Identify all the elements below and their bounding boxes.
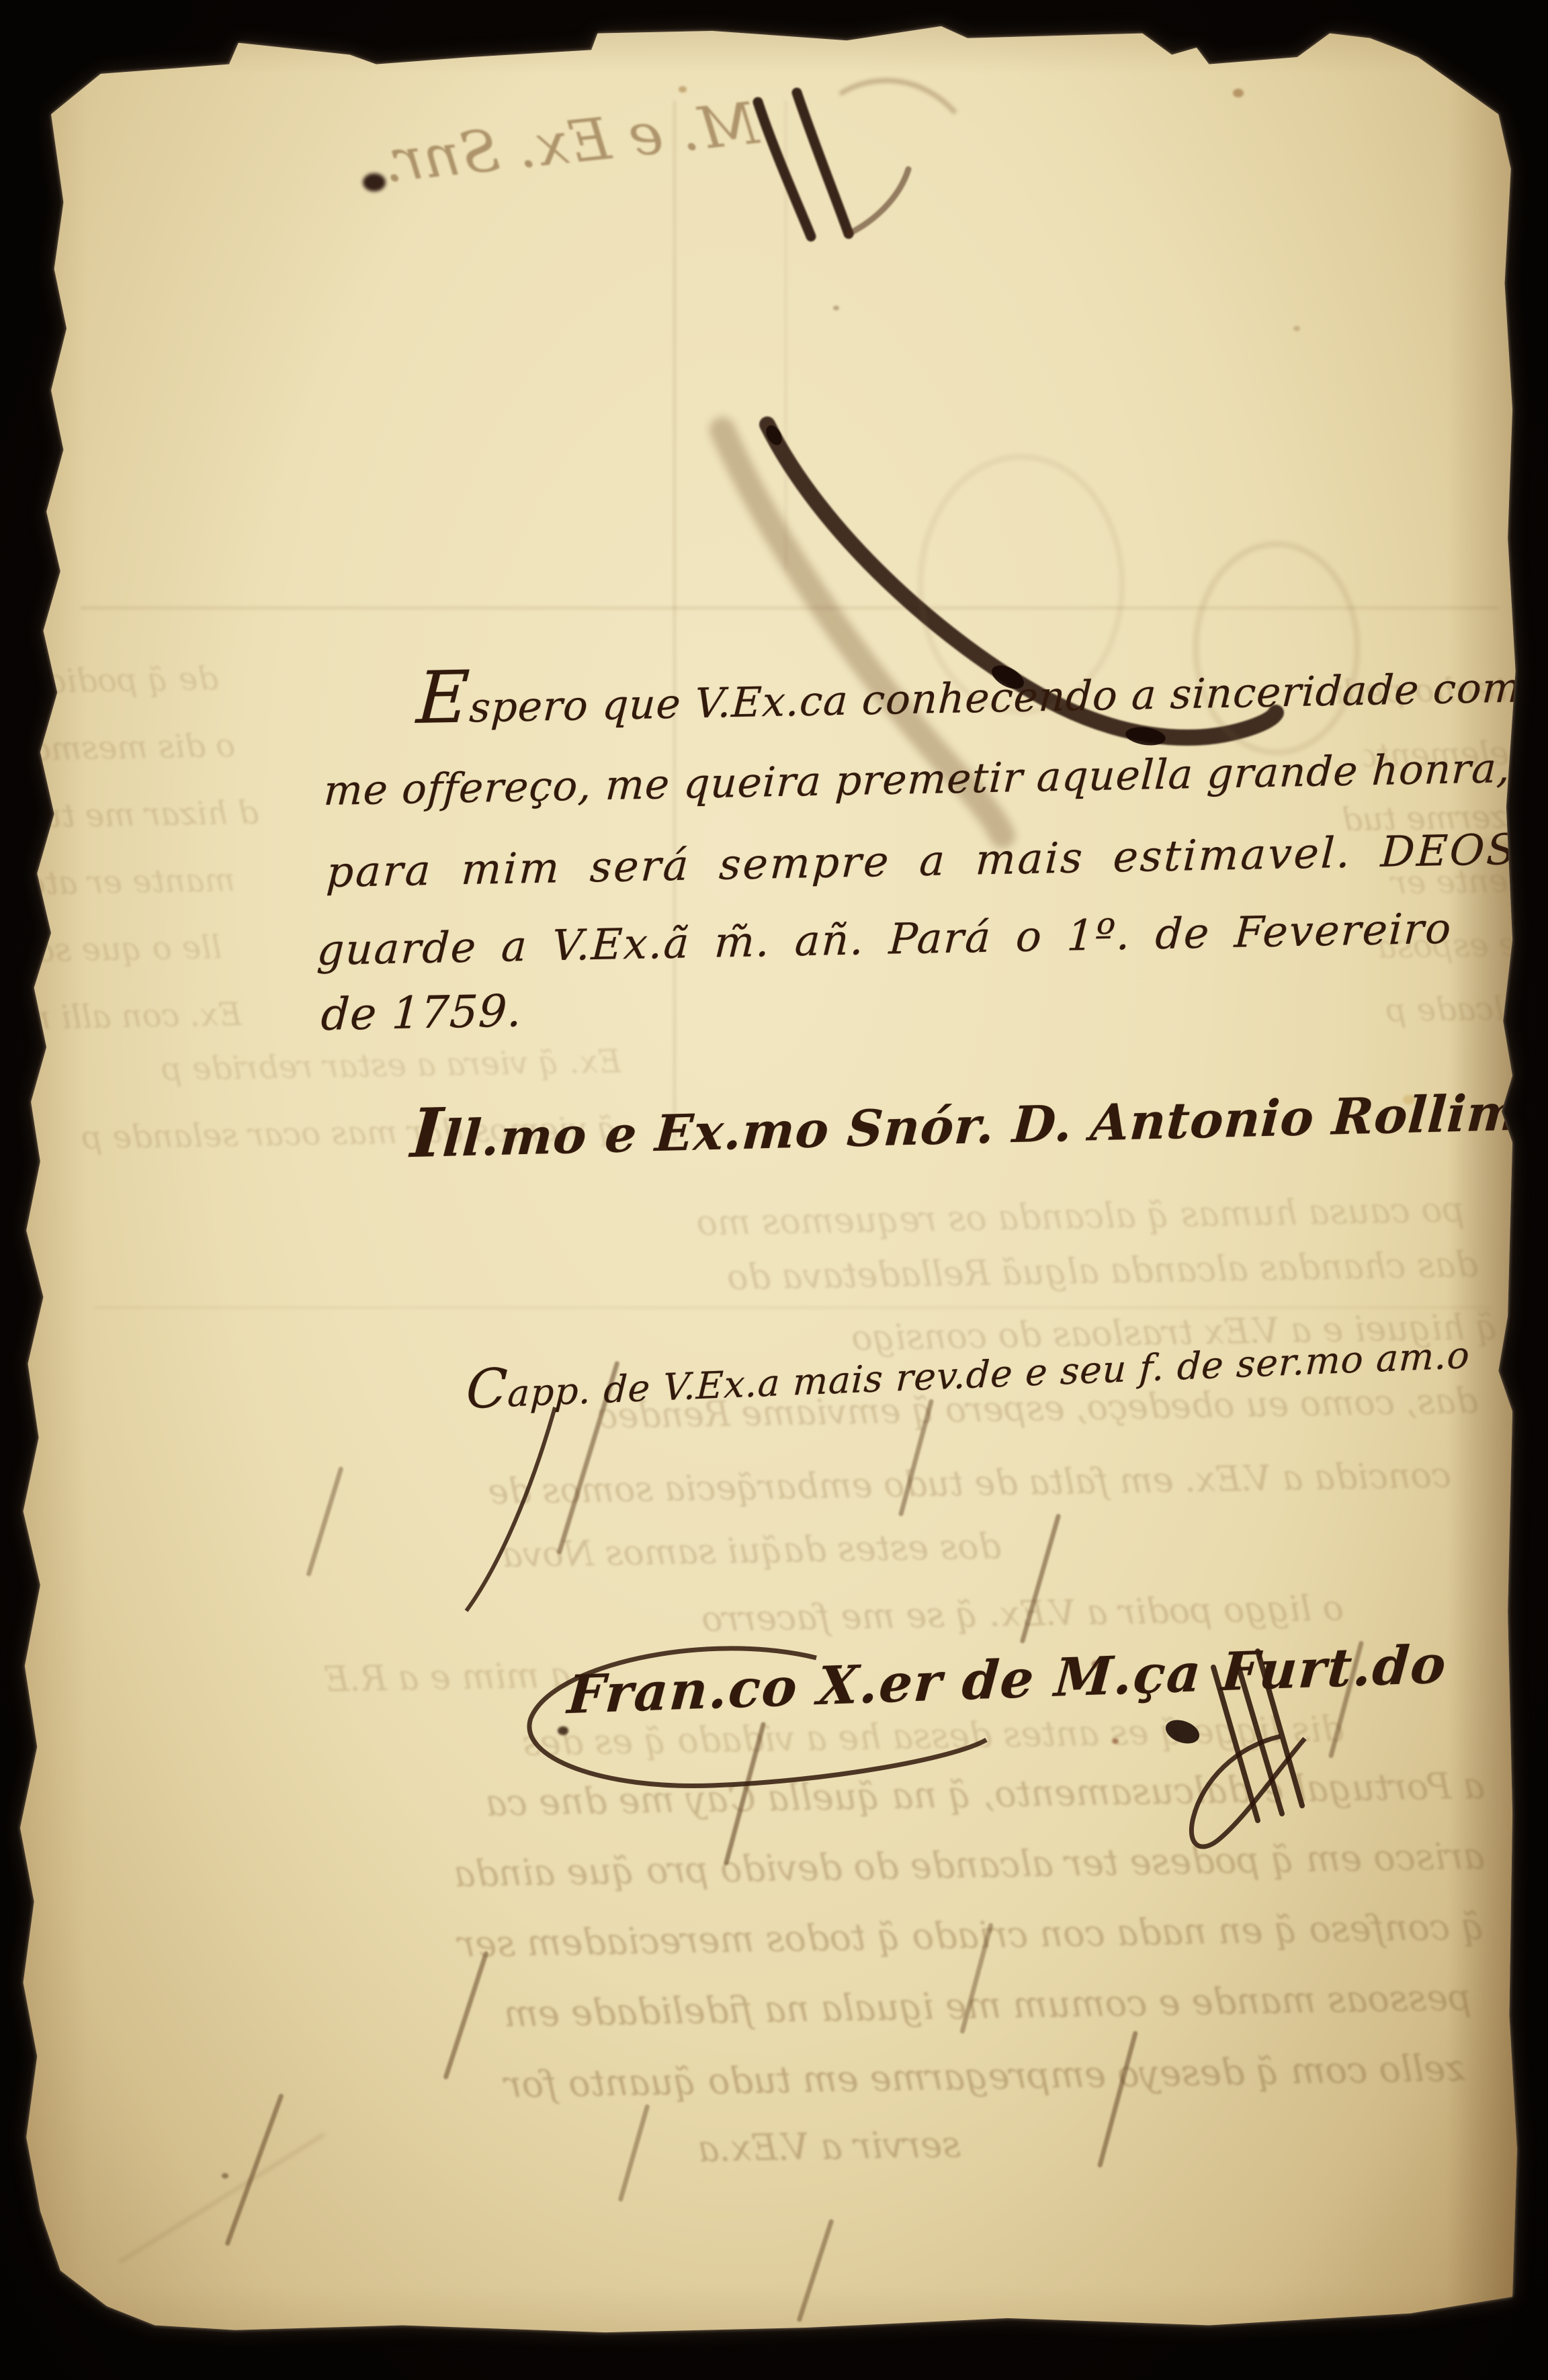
ink-marks-overlay [0, 0, 1548, 2380]
signature-ink-blob [1162, 1716, 1203, 1748]
paper-wrap: de q̃ podioo dis mesmod hizar me tudoman… [0, 0, 1548, 2380]
manuscript-page: de q̃ podioo dis mesmod hizar me tudoman… [0, 0, 1548, 2380]
scan-stage: de q̃ podioo dis mesmod hizar me tudoman… [0, 0, 1548, 2380]
closing-descender-flourish [466, 1407, 555, 1611]
letter-line-5-date: de 1759. [320, 985, 523, 1041]
header-bleed-swash [840, 81, 955, 113]
header-bleed-stroke [849, 169, 908, 234]
